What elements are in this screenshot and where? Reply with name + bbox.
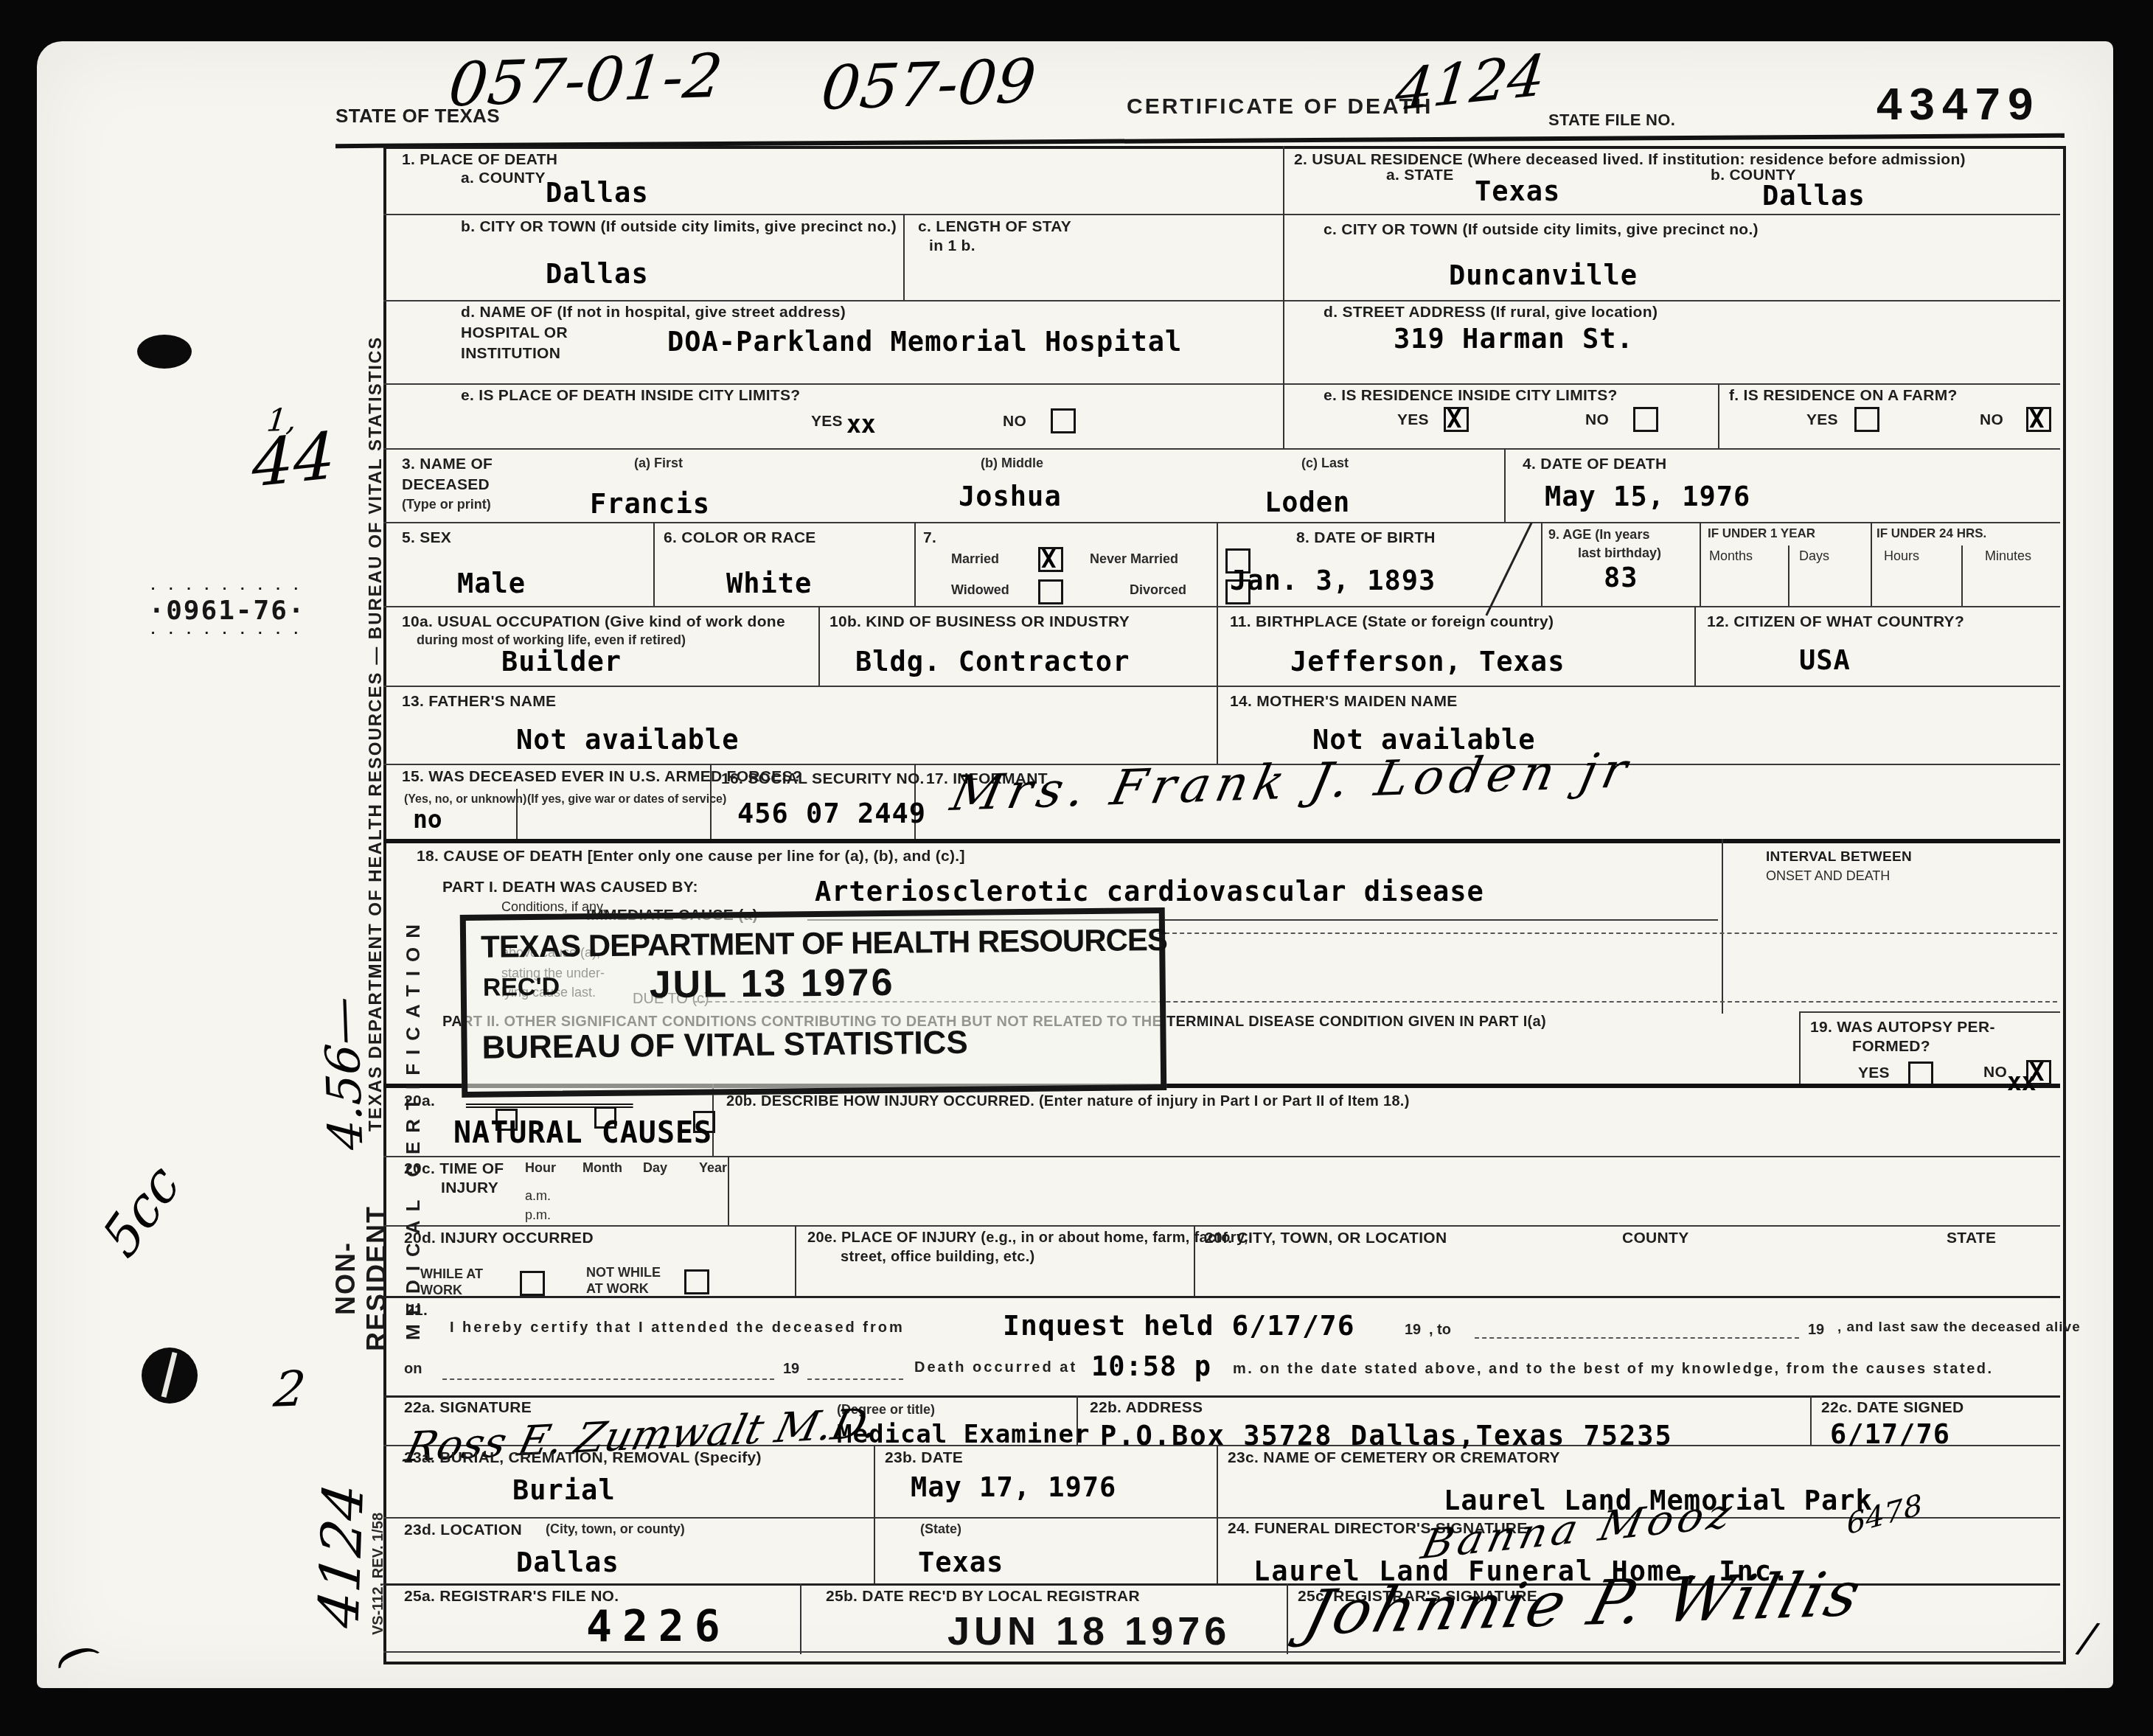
hole-punch-glint	[161, 1352, 178, 1398]
interval-label2: ONSET AND DEATH	[1766, 868, 1890, 884]
yes-xx-mark: xx	[846, 410, 876, 439]
certify-text3: m. on the date stated above, and to the …	[1233, 1361, 1994, 1378]
divider	[874, 1445, 875, 1583]
sex-label: 5. SEX	[402, 529, 451, 547]
stamp-agency-line: TEXAS DEPARTMENT OF HEALTH RESOURCES	[481, 922, 1167, 965]
handwritten-4124-vertical: 4124	[305, 1458, 378, 1653]
name-of-label: 3. NAME OF	[402, 456, 493, 473]
divider	[383, 214, 2060, 215]
address-label: 22b. ADDRESS	[1090, 1399, 1203, 1417]
divider	[383, 839, 2060, 843]
no-checkbox	[1051, 408, 1076, 433]
divider	[1217, 686, 1218, 764]
divorced-label: Divorced	[1130, 582, 1186, 598]
divider	[383, 1225, 2060, 1227]
year-19-text: 19	[1405, 1322, 1421, 1339]
institution-label: INSTITUTION	[461, 345, 560, 363]
divider	[1799, 1011, 1801, 1084]
hole-punch	[142, 1348, 198, 1404]
not-while-at-work-label2: AT WORK	[586, 1281, 649, 1297]
place-of-injury-label1: 20e. PLACE OF INJURY (e.g., in or about …	[807, 1230, 1248, 1247]
divider	[383, 606, 2060, 607]
not-while-at-work-checkbox	[684, 1269, 709, 1294]
fathers-name-value: Not available	[516, 724, 740, 756]
divider	[1287, 1583, 1288, 1654]
handwritten-file-code-1: 057-01-2	[445, 41, 726, 121]
last-name-label: (c) Last	[1301, 456, 1349, 471]
street-address-value: 319 Harman St.	[1394, 323, 1634, 355]
degree-title-value: Medical Examiner	[837, 1420, 1091, 1449]
divider	[903, 214, 905, 300]
city-value: Dallas	[546, 258, 649, 290]
divider	[1694, 606, 1696, 686]
divider	[383, 448, 2060, 450]
date-recd-stamp: JUN 18 1976	[947, 1608, 1231, 1654]
citizen-value: USA	[1799, 644, 1851, 676]
registrar-file-no-value: 4226	[586, 1601, 731, 1651]
x-mark: X	[2029, 405, 2044, 434]
handwritten-456-vertical: 4.56—	[313, 968, 372, 1179]
length-of-stay-label: c. LENGTH OF STAY	[918, 218, 1071, 236]
natural-causes-value: NATURAL CAUSES	[453, 1116, 712, 1150]
date-of-birth-label: 8. DATE OF BIRTH	[1296, 529, 1436, 547]
autopsy-yes-checkbox	[1908, 1062, 1933, 1087]
yes-label: YES	[1858, 1064, 1890, 1082]
item20b-label: 20b. DESCRIBE HOW INJURY OCCURRED. (Ente…	[726, 1093, 1410, 1110]
color-or-race-label: 6. COLOR OR RACE	[664, 529, 816, 547]
divider	[1788, 545, 1789, 606]
date-of-birth-value: Jan. 3, 1893	[1230, 565, 1436, 596]
divider	[1799, 1011, 2060, 1013]
x-mark: X	[1041, 545, 1056, 574]
non-resident-stamp: NON-RESIDENT	[330, 1171, 369, 1386]
divider	[795, 1225, 796, 1296]
handwritten-file-code-2: 057-09	[818, 46, 1039, 124]
divider	[818, 606, 820, 686]
place-of-injury-label2: street, office building, etc.)	[841, 1249, 1034, 1266]
city-town-county-sub: (City, town, or county)	[546, 1521, 685, 1537]
autopsy-no-xx-mark: xx	[2007, 1067, 2037, 1096]
age-value: 83	[1604, 562, 1638, 593]
divider	[1541, 522, 1542, 606]
autopsy-label1: 19. WAS AUTOPSY PER-	[1810, 1019, 1995, 1036]
date-of-death-value: May 15, 1976	[1545, 481, 1750, 512]
no-checkbox-checked: X	[2026, 407, 2051, 432]
pm-label: p.m.	[525, 1207, 551, 1223]
citizen-label: 12. CITIZEN OF WHAT COUNTRY?	[1707, 613, 1964, 631]
handwritten-44: 44	[252, 417, 335, 501]
while-at-work-checkbox	[520, 1271, 545, 1296]
date-recd-label: 25b. DATE REC'D BY LOCAL REGISTRAR	[826, 1588, 1140, 1606]
stamp-dots-top: · · · · · · · · ·	[142, 581, 313, 597]
occupation-value: Builder	[501, 646, 622, 677]
days-label: Days	[1799, 548, 1829, 564]
cause-of-death-label: 18. CAUSE OF DEATH [Enter only one cause…	[417, 848, 965, 865]
race-value: White	[726, 568, 812, 599]
residence-city-limits-label: e. IS RESIDENCE INSIDE CITY LIMITS?	[1324, 387, 1618, 405]
place-of-death-label: 1. PLACE OF DEATH	[402, 151, 557, 169]
divider	[1722, 839, 1723, 1014]
certify-text2: , and last saw the deceased alive	[1837, 1320, 2081, 1336]
burial-date-value: May 17, 1976	[911, 1471, 1116, 1503]
yes-checkbox	[1854, 407, 1879, 432]
first-name-label: (a) First	[634, 456, 683, 471]
date-of-death-label: 4. DATE OF DEATH	[1523, 456, 1666, 473]
divider	[1718, 383, 1719, 448]
sex-value: Male	[457, 568, 526, 599]
divider	[383, 1395, 2060, 1398]
residence-farm-label: f. IS RESIDENCE ON A FARM?	[1729, 387, 1958, 405]
months-label: Months	[1709, 548, 1753, 564]
injury-state-label: STATE	[1947, 1230, 1996, 1247]
divider	[1217, 606, 1218, 686]
certificate-title: CERTIFICATE OF DEATH	[1127, 94, 1433, 119]
age-label: 9. AGE (In years	[1548, 527, 1649, 543]
street-address-label: d. STREET ADDRESS (If rural, give locati…	[1324, 304, 1658, 321]
year-19-text: 19	[1808, 1322, 1824, 1339]
ssn-value: 456 07 2449	[737, 798, 926, 829]
residence-county-value: Dallas	[1762, 180, 1865, 212]
am-label: a.m.	[525, 1188, 551, 1204]
divider	[383, 383, 2060, 385]
state-file-no-label: STATE FILE NO.	[1548, 111, 1675, 130]
married-checkbox-checked: X	[1038, 547, 1063, 572]
autopsy-label2: FORMED?	[1852, 1038, 1930, 1056]
blank-line	[807, 1378, 903, 1380]
to-text: , to	[1429, 1322, 1451, 1339]
county-value: Dallas	[546, 177, 649, 209]
middle-name-label: (b) Middle	[981, 456, 1043, 471]
yes-checkbox-checked: X	[1444, 407, 1469, 432]
blank-line	[1475, 1337, 1799, 1339]
business-value: Bldg. Contractor	[855, 646, 1130, 677]
time-of-death-value: 10:58 p	[1091, 1350, 1211, 1382]
day-label: Day	[643, 1160, 667, 1176]
no-label: NO	[1983, 1064, 2007, 1081]
last-name-value: Loden	[1265, 487, 1350, 518]
file-stamp-0961-76: · · · · · · · · · ·0961-76· · · · · · · …	[142, 581, 313, 641]
business-label: 10b. KIND OF BUSINESS OR INDUSTRY	[829, 613, 1130, 631]
hour-label: Hour	[525, 1160, 556, 1176]
minutes-label: Minutes	[1985, 548, 2031, 564]
divider	[1871, 522, 1872, 606]
no-label: NO	[1003, 413, 1026, 430]
stamp-number: ·0961-76·	[142, 597, 313, 625]
death-occurred-text: Death occurred at	[914, 1359, 1077, 1376]
yes-label: YES	[1806, 411, 1838, 429]
received-stamp: TEXAS DEPARTMENT OF HEALTH RESOURCES REC…	[460, 907, 1167, 1098]
x-mark: X	[1447, 405, 1461, 434]
deceased-label: DECEASED	[402, 476, 490, 494]
stamp-date: JUL 13 1976	[649, 961, 894, 1007]
length-of-stay-label2: in 1 b.	[929, 237, 975, 255]
divider	[728, 1156, 729, 1225]
residence-city-label: c. CITY OR TOWN (If outside city limits,…	[1324, 221, 1759, 239]
widowed-label: Widowed	[951, 582, 1009, 598]
yes-label: YES	[1397, 411, 1429, 429]
armed-forces-sub2: (If yes, give war or dates of service)	[527, 793, 726, 806]
stamp-bureau-line: BUREAU OF VITAL STATISTICS	[481, 1025, 968, 1067]
divider	[1504, 448, 1506, 522]
birthplace-value: Jefferson, Texas	[1290, 646, 1565, 677]
first-name-value: Francis	[590, 488, 710, 520]
burial-label: 23a. BURIAL, CREMATION, REMOVAL (Specify…	[404, 1449, 762, 1467]
injury-county-label: COUNTY	[1622, 1230, 1688, 1247]
ssn-label: 16. SOCIAL SECURITY NO.	[721, 770, 925, 788]
hospital-or-label: HOSPITAL OR	[461, 324, 568, 342]
divider	[383, 686, 2060, 687]
hole-punch	[137, 335, 192, 369]
hospital-name-label: d. NAME OF (If not in hospital, give str…	[461, 304, 846, 321]
divider	[383, 1156, 2060, 1157]
if-under-1-year-label: IF UNDER 1 YEAR	[1708, 526, 1815, 541]
location-state-value: Texas	[918, 1547, 1004, 1578]
city-or-town-label: b. CITY OR TOWN (If outside city limits,…	[461, 218, 897, 236]
cemetery-label: 23c. NAME OF CEMETERY OR CREMATORY	[1228, 1449, 1560, 1467]
marital-status-label: 7.	[923, 529, 936, 547]
mothers-maiden-name-label: 14. MOTHER'S MAIDEN NAME	[1230, 693, 1458, 711]
state-sub: (State)	[920, 1521, 961, 1537]
divider	[383, 1517, 2060, 1519]
immediate-cause-value: Arteriosclerotic cardiovascular disease	[815, 876, 1484, 907]
birthplace-label: 11. BIRTHPLACE (State or foreign country…	[1230, 613, 1554, 631]
if-under-24-hrs-label: IF UNDER 24 HRS.	[1877, 526, 1986, 541]
residence-state-value: Texas	[1475, 175, 1560, 207]
no-label: NO	[1585, 411, 1609, 429]
certify-text1: I hereby certify that I attended the dec…	[450, 1320, 905, 1336]
interval-label1: INTERVAL BETWEEN	[1766, 849, 1912, 865]
county-label: a. COUNTY	[461, 170, 546, 187]
divider	[1700, 522, 1701, 606]
month-label: Month	[582, 1160, 622, 1176]
no-checkbox	[1633, 407, 1658, 432]
burial-value: Burial	[512, 1474, 616, 1506]
middle-name-value: Joshua	[959, 481, 1062, 512]
not-while-at-work-label1: NOT WHILE	[586, 1265, 661, 1280]
state-file-number: 43479	[1877, 78, 2040, 130]
due-to-b-line	[1158, 933, 2057, 934]
married-label: Married	[951, 551, 999, 567]
divider	[383, 522, 2060, 523]
date-signed-value: 6/17/76	[1830, 1418, 1950, 1450]
handwritten-2: 2	[271, 1360, 308, 1418]
divider	[1217, 522, 1218, 606]
burial-date-label: 23b. DATE	[885, 1449, 963, 1467]
location-city-value: Dallas	[516, 1547, 619, 1578]
stamp-recd-label: REC'D	[483, 973, 560, 1003]
yes-label: YES	[811, 413, 843, 430]
conditions-text1: Conditions, if any,	[501, 899, 606, 915]
date-signed-label: 22c. DATE SIGNED	[1821, 1399, 1964, 1417]
fathers-name-label: 13. FATHER'S NAME	[402, 693, 556, 711]
medical-certification-vertical-label: MEDICAL CERTIFICATION	[402, 848, 431, 1408]
age-label2: last birthday)	[1578, 545, 1661, 561]
divider	[383, 300, 2060, 301]
hours-label: Hours	[1884, 548, 1919, 564]
residence-state-label: a. STATE	[1386, 167, 1453, 184]
occupation-label: 10a. USUAL OCCUPATION (Give kind of work…	[402, 613, 785, 631]
time-of-injury-label2: INJURY	[441, 1179, 498, 1197]
agency-vertical-label: TEXAS DEPARTMENT OF HEALTH RESOURCES — B…	[366, 317, 397, 1150]
blank-line	[442, 1378, 774, 1380]
hospital-value: DOA-Parkland Memorial Hospital	[667, 326, 1182, 358]
part1-label: PART I. DEATH WAS CAUSED BY:	[442, 879, 698, 896]
death-city-limits-label: e. IS PLACE OF DEATH INSIDE CITY LIMITS?	[461, 387, 800, 405]
no-label: NO	[1980, 411, 2003, 429]
armed-forces-value: no	[413, 805, 442, 834]
location-label: 23d. LOCATION	[404, 1521, 522, 1539]
widowed-checkbox	[1038, 579, 1063, 604]
divider	[1217, 1445, 1218, 1583]
divider	[653, 522, 655, 606]
injury-city-label: 20f. CITY, TOWN, OR LOCATION	[1205, 1230, 1447, 1247]
stamp-dots-bottom: · · · · · · · · ·	[142, 625, 313, 641]
type-or-print-label: (Type or print)	[402, 497, 491, 512]
form-number-vertical: VS-112, REV. 1/58	[370, 1491, 391, 1657]
never-married-label: Never Married	[1090, 551, 1178, 567]
inquest-value: Inquest held 6/17/76	[1003, 1309, 1355, 1342]
injury-occurred-label: 20d. INJURY OCCURRED	[404, 1230, 594, 1247]
residence-city-value: Duncanville	[1449, 259, 1638, 291]
scanned-death-certificate: STATE OF TEXAS 057-01-2 057-09 CERTIFICA…	[0, 0, 2153, 1736]
address-value: P.O.Box 35728 Dallas,Texas 75235	[1100, 1420, 1673, 1451]
divider	[914, 522, 916, 606]
year-label: Year	[699, 1160, 727, 1176]
divider	[1283, 146, 1284, 448]
divider	[1810, 1395, 1812, 1445]
year-19-text: 19	[783, 1361, 799, 1378]
divider	[800, 1583, 801, 1654]
divider	[1961, 545, 1963, 606]
